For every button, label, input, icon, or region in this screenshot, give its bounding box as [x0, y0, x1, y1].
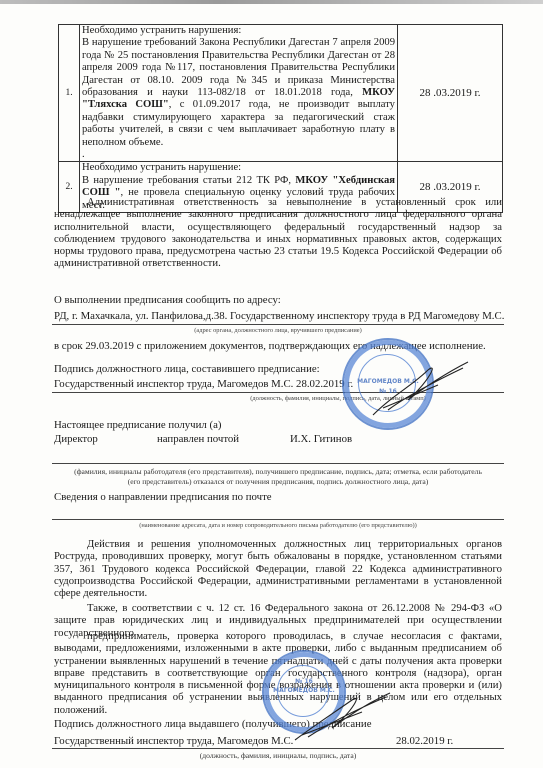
divider [52, 748, 504, 749]
receipt-caption: (фамилия, инициалы работодателя (его пре… [54, 467, 502, 486]
divider [52, 463, 504, 464]
table-row: 1. Необходимо устранить нарушения: В нар… [59, 25, 503, 162]
appeal-paragraph: Действия и решения уполномоченных должно… [54, 538, 502, 599]
report-address: РД, г. Махачкала, ул. Панфилова,д.38. Го… [54, 310, 502, 323]
violation-heading: Необходимо устранить нарушение: [82, 162, 395, 174]
receipt-label: Настоящее предписание получил (а) [54, 419, 502, 432]
violation-text: В нарушение требования статьи 212 ТК РФ, [82, 175, 295, 186]
receipt-position: Директор [54, 433, 502, 446]
violation-description: Необходимо устранить нарушения: В наруше… [80, 25, 398, 162]
deadline-cell: 28 .03.2019 г. [398, 25, 503, 162]
document-page: 1. Необходимо устранить нарушения: В нар… [0, 0, 543, 768]
row-number: 1. [59, 25, 80, 162]
report-deadline: в срок 29.03.2019 с приложением документ… [54, 340, 502, 353]
final-signature-date: 28.02.2019 г. [396, 735, 453, 748]
address-caption: (адрес органа, должностного лица, вручив… [54, 327, 502, 335]
violation-text: В нарушение требований Закона Республики… [82, 37, 395, 98]
handwritten-signature [290, 690, 400, 745]
handwritten-signature [368, 360, 478, 420]
receipt-name: И.Х. Гитинов [290, 433, 352, 446]
divider [52, 519, 504, 520]
final-signature-caption: (должность, фамилия, инициалы, подпись, … [54, 751, 502, 761]
mail-info-caption: (наименование адресата, дата и номер соп… [54, 522, 502, 530]
mail-info-label: Сведения о направлении предписания по по… [54, 491, 502, 504]
report-intro: О выполнении предписания сообщить по адр… [54, 294, 502, 307]
seal-number: № 16 [264, 678, 344, 685]
receipt-method: направлен почтой [157, 433, 239, 446]
divider [52, 324, 504, 325]
violations-table: 1. Необходимо устранить нарушения: В нар… [58, 24, 503, 213]
trailing-mark: . [82, 149, 395, 161]
violation-heading: Необходимо устранить нарушения: [82, 25, 395, 37]
liability-paragraph: Административная ответственность за невы… [54, 196, 502, 270]
